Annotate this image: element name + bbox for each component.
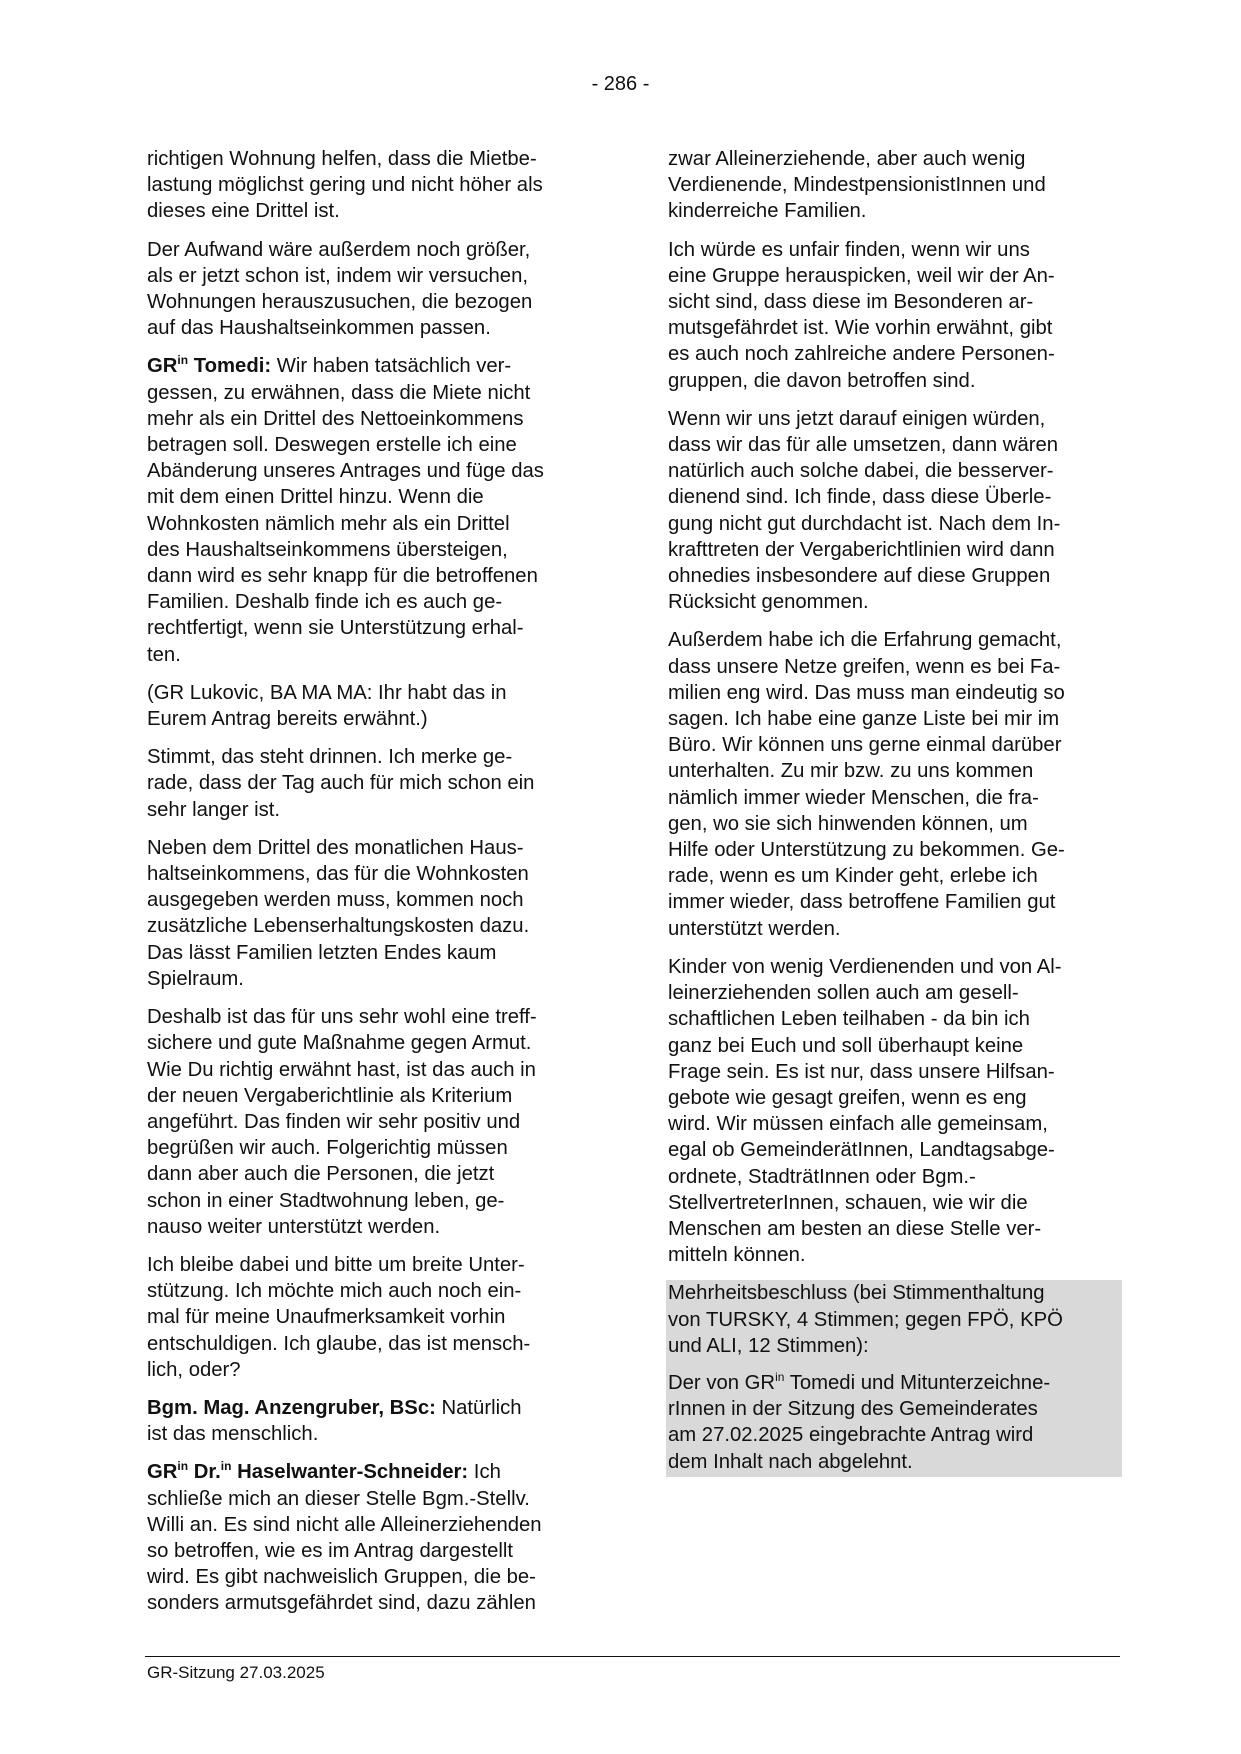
speech-text: Ich schließe mich an dieser Stelle Bgm.-… [147, 1461, 542, 1614]
paragraph: Kinder von wenig Verdienenden und von Al… [668, 954, 1118, 1268]
paragraph: Stimmt, das steht drinnen. Ich merke ge-… [147, 744, 597, 823]
paragraph: Ich bleibe dabei und bitte um breite Unt… [147, 1252, 597, 1383]
right-column: zwar Alleinerziehende, aber auch wenig V… [668, 146, 1118, 1489]
paragraph: Neben dem Drittel des monatlichen Haus- … [147, 835, 597, 992]
footer-session-label: GR-Sitzung 27.03.2025 [147, 1662, 325, 1684]
speech-anzengruber: Bgm. Mag. Anzengruber, BSc: Natürlich is… [147, 1395, 597, 1447]
footer-divider [145, 1656, 1120, 1657]
resolution-box: Mehrheitsbeschluss (bei Stimmenthaltung … [666, 1280, 1122, 1476]
speech-text: Wir haben tatsächlich ver- gessen, zu er… [147, 355, 544, 665]
speaker-name: Bgm. Mag. Anzengruber, BSc: [147, 1397, 436, 1419]
paragraph: richtigen Wohnung helfen, dass die Mietb… [147, 146, 597, 225]
paragraph: Außerdem habe ich die Erfahrung gemacht,… [668, 627, 1118, 941]
left-column: richtigen Wohnung helfen, dass die Mietb… [147, 146, 597, 1629]
paragraph: zwar Alleinerziehende, aber auch wenig V… [668, 146, 1118, 225]
paragraph: Ich würde es unfair finden, wenn wir uns… [668, 237, 1118, 394]
speech-tomedi: GRin Tomedi: Wir haben tatsächlich ver- … [147, 353, 597, 667]
speaker-name: GRin Dr.in Haselwanter-Schneider: [147, 1461, 468, 1483]
paragraph: Der Aufwand wäre außerdem noch größer, a… [147, 237, 597, 342]
speaker-name: GRin Tomedi: [147, 355, 271, 377]
paragraph: Wenn wir uns jetzt darauf einigen würden… [668, 406, 1118, 616]
interjection: (GR Lukovic, BA MA MA: Ihr habt das in E… [147, 680, 597, 732]
vote-result: Mehrheitsbeschluss (bei Stimmenthaltung … [668, 1280, 1122, 1370]
paragraph: Deshalb ist das für uns sehr wohl eine t… [147, 1004, 597, 1240]
page-number: - 286 - [0, 72, 1241, 96]
speech-haselwanter-schneider: GRin Dr.in Haselwanter-Schneider: Ich sc… [147, 1459, 597, 1616]
decision-text: Der von GRin Tomedi und Mitunterzeichne-… [668, 1370, 1122, 1477]
